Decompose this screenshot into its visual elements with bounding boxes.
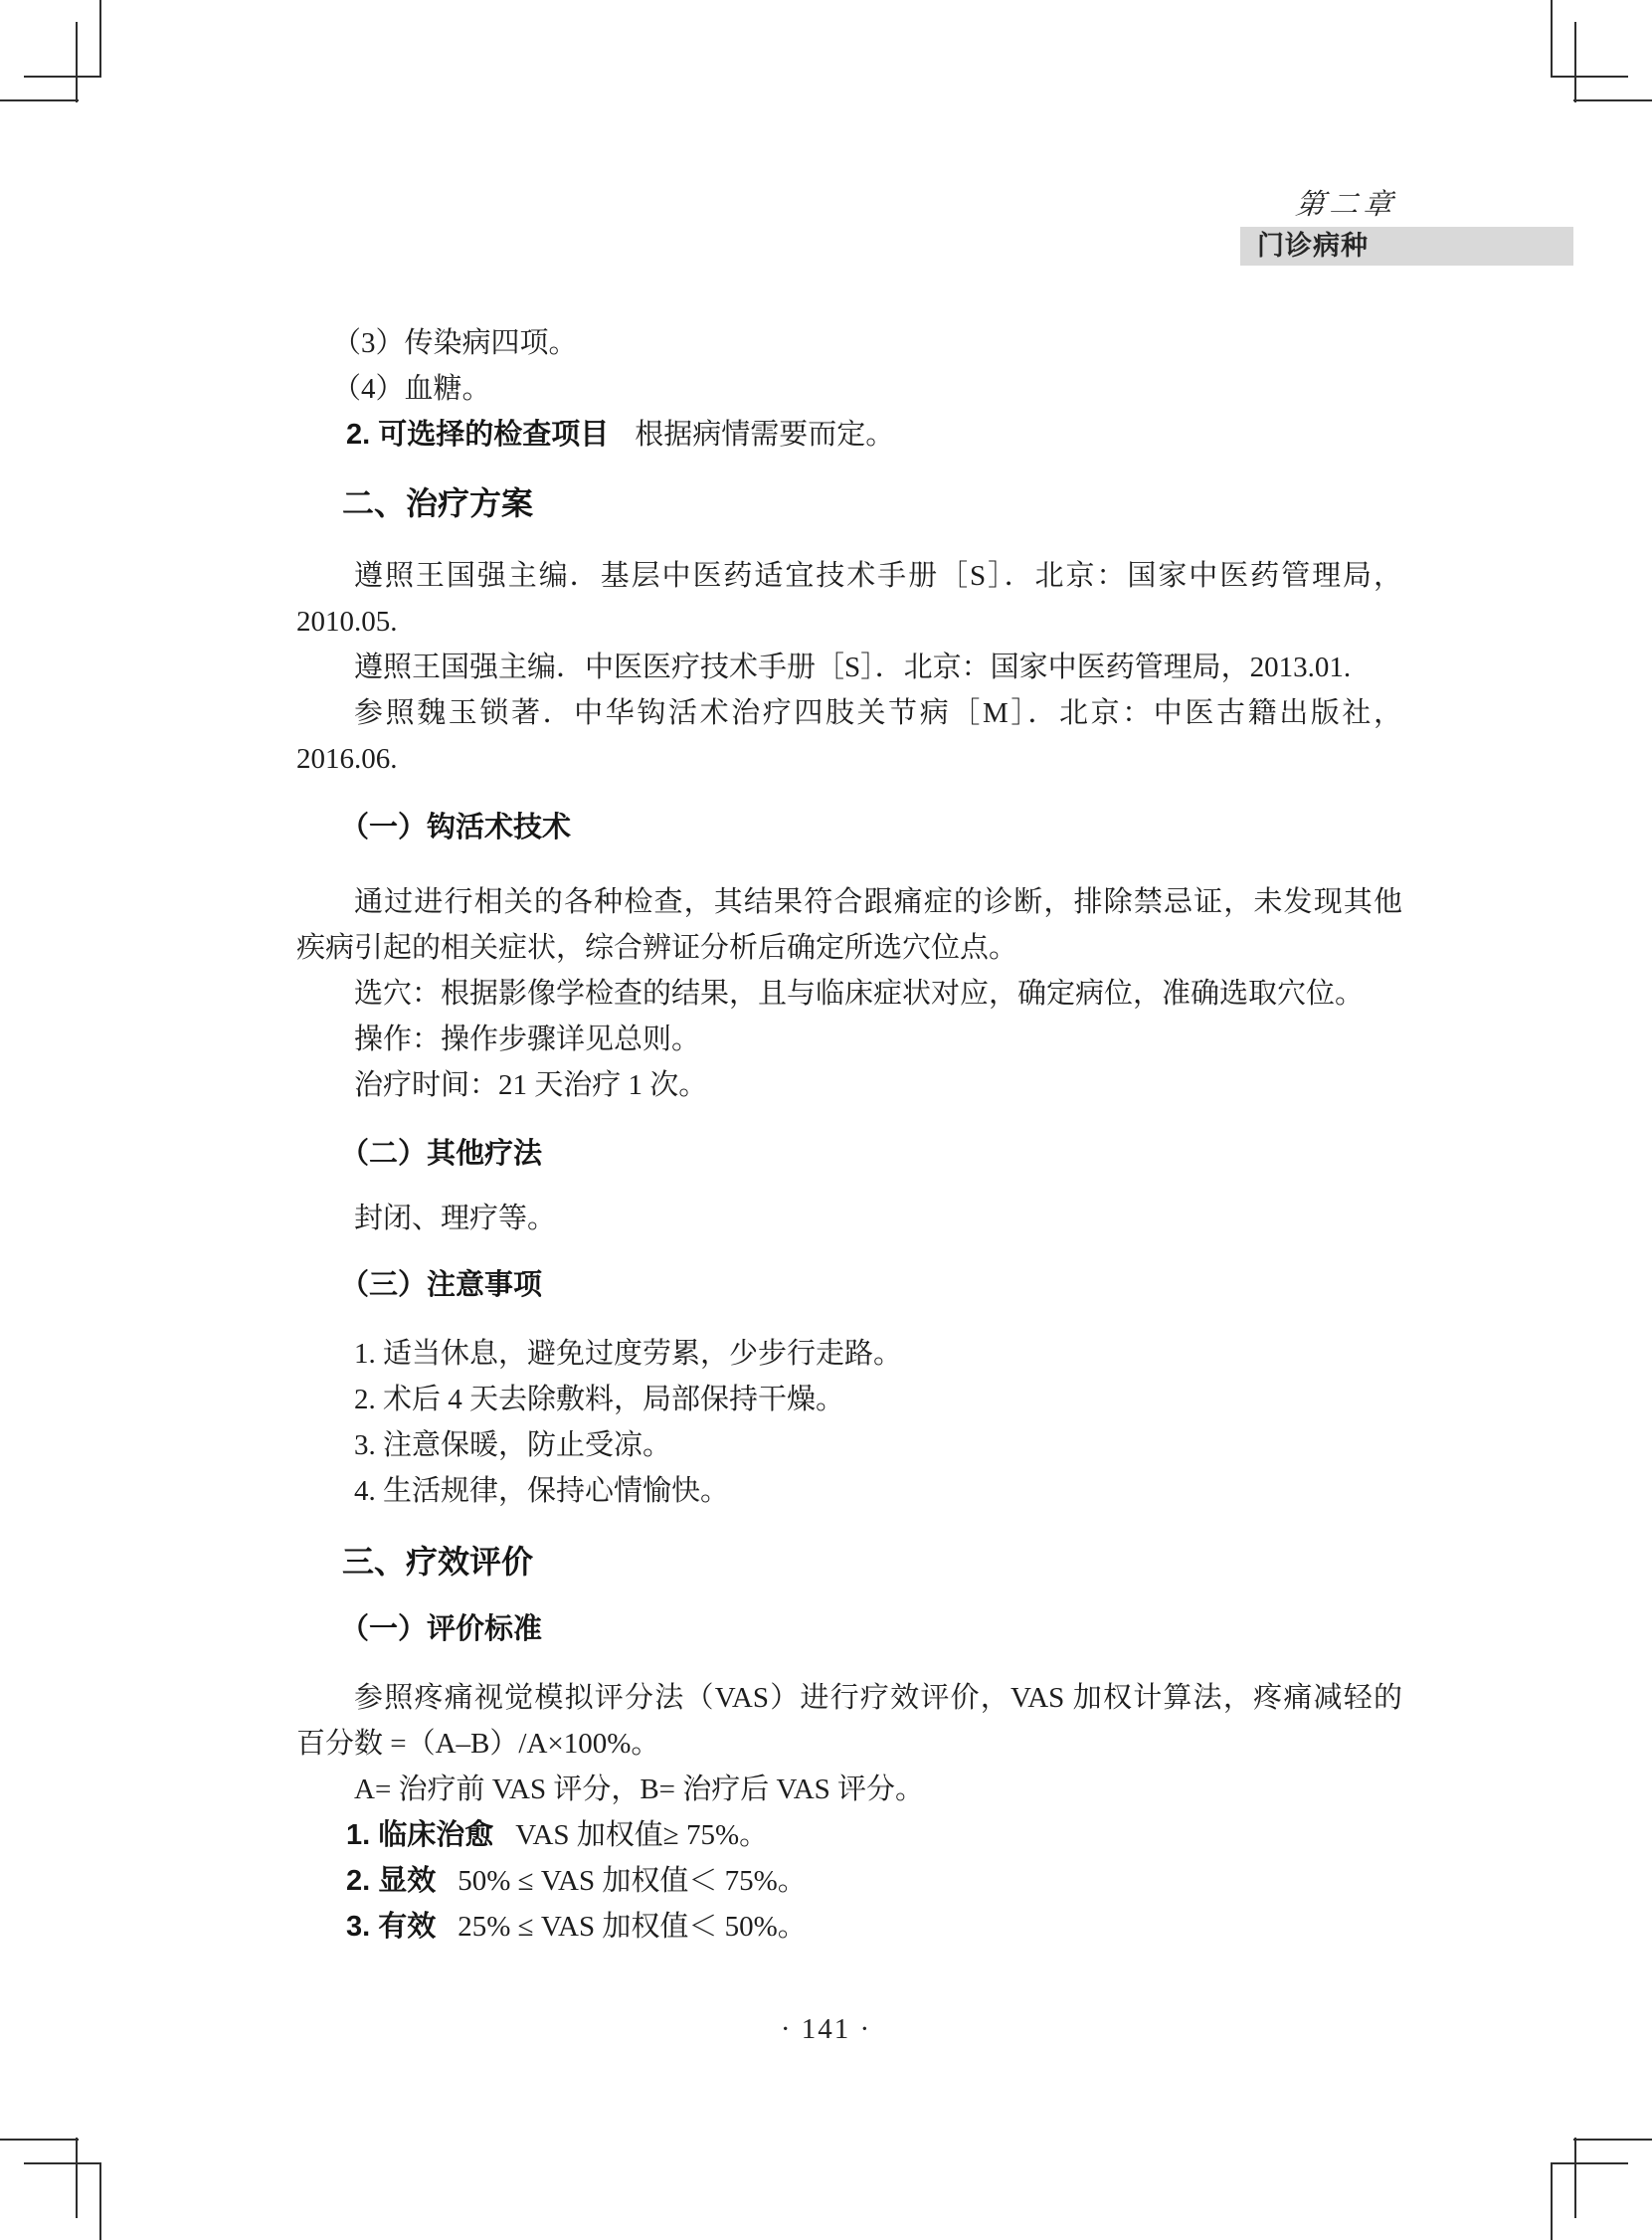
- text-line: 参照魏玉锁著．中华钩活术治疗四肢关节病［M］．北京：中医古籍出版社，: [296, 690, 1402, 736]
- list-item: 3. 有效25% ≤ VAS 加权值＜ 50%。: [296, 1904, 1402, 1950]
- list-item: 1. 临床治愈VAS 加权值≥ 75%。: [296, 1812, 1402, 1858]
- text-line: 百分数 =（A–B）/A×100%。: [296, 1721, 1402, 1767]
- list-item: （3）传染病四项。: [296, 320, 1402, 366]
- list-item-label: 2. 显效: [346, 1865, 436, 1897]
- text-line: 通过进行相关的各种检查，其结果符合跟痛症的诊断，排除禁忌证，未发现其他: [296, 879, 1402, 925]
- list-item-label: 2. 可选择的检查项目: [346, 419, 609, 451]
- list-item-text: VAS 加权值≥ 75%。: [515, 1819, 768, 1851]
- list-item-label: 3. 有效: [346, 1911, 436, 1943]
- list-item: （4）血糖。: [296, 366, 1402, 412]
- subsection-heading: （二）其他疗法: [296, 1128, 1402, 1180]
- section-heading: 三、疗效评价: [296, 1534, 1402, 1589]
- list-item: 2. 显效50% ≤ VAS 加权值＜ 75%。: [296, 1858, 1402, 1904]
- chapter-header: 第二章: [1289, 182, 1404, 223]
- list-item: 4. 生活规律，保持心情愉快。: [296, 1468, 1402, 1514]
- text-line: 遵照王国强主编．基层中医药适宜技术手册［S］．北京：国家中医药管理局，: [296, 553, 1402, 599]
- text-line: 参照疼痛视觉模拟评分法（VAS）进行疗效评价，VAS 加权计算法，疼痛减轻的: [296, 1675, 1402, 1721]
- page-number: · 141 ·: [0, 2013, 1652, 2046]
- list-item-text: 根据病情需要而定。: [635, 419, 894, 451]
- text-line: 遵照王国强主编．中医医疗技术手册［S］．北京：国家中医药管理局，2013.01.: [296, 645, 1402, 690]
- subsection-heading: （一）钩活术技术: [296, 802, 1402, 853]
- text-line: 2016.06.: [296, 736, 1402, 782]
- text-line: 选穴：根据影像学检查的结果，且与临床症状对应，确定病位，准确选取穴位。: [296, 971, 1402, 1017]
- section-heading: 二、治疗方案: [296, 475, 1402, 531]
- list-item-label: 1. 临床治愈: [346, 1819, 493, 1851]
- subsection-heading: （三）注意事项: [296, 1259, 1402, 1311]
- document-page: 第二章 门诊病种 （3）传染病四项。 （4）血糖。 2. 可选择的检查项目根据病…: [0, 0, 1652, 2240]
- text-line: 治疗时间：21 天治疗 1 次。: [296, 1062, 1402, 1108]
- list-item: 1. 适当休息，避免过度劳累，少步行走路。: [296, 1331, 1402, 1377]
- text-line: 封闭、理疗等。: [296, 1196, 1402, 1241]
- section-title: 门诊病种: [1240, 227, 1573, 266]
- text-line: A= 治疗前 VAS 评分，B= 治疗后 VAS 评分。: [296, 1767, 1402, 1812]
- subsection-heading: （一）评价标准: [296, 1603, 1402, 1655]
- list-item-text: 50% ≤ VAS 加权值＜ 75%。: [458, 1865, 807, 1897]
- list-item: 2. 可选择的检查项目根据病情需要而定。: [296, 412, 1402, 458]
- body-text: （3）传染病四项。 （4）血糖。 2. 可选择的检查项目根据病情需要而定。 二、…: [296, 320, 1402, 1950]
- section-title-bar: 门诊病种: [1240, 227, 1573, 266]
- list-item-text: 25% ≤ VAS 加权值＜ 50%。: [458, 1911, 807, 1943]
- text-line: 疾病引起的相关症状，综合辨证分析后确定所选穴位点。: [296, 925, 1402, 971]
- list-item: 2. 术后 4 天去除敷料，局部保持干燥。: [296, 1377, 1402, 1422]
- text-line: 操作：操作步骤详见总则。: [296, 1017, 1402, 1062]
- list-item: 3. 注意保暖，防止受凉。: [296, 1422, 1402, 1468]
- text-line: 2010.05.: [296, 599, 1402, 645]
